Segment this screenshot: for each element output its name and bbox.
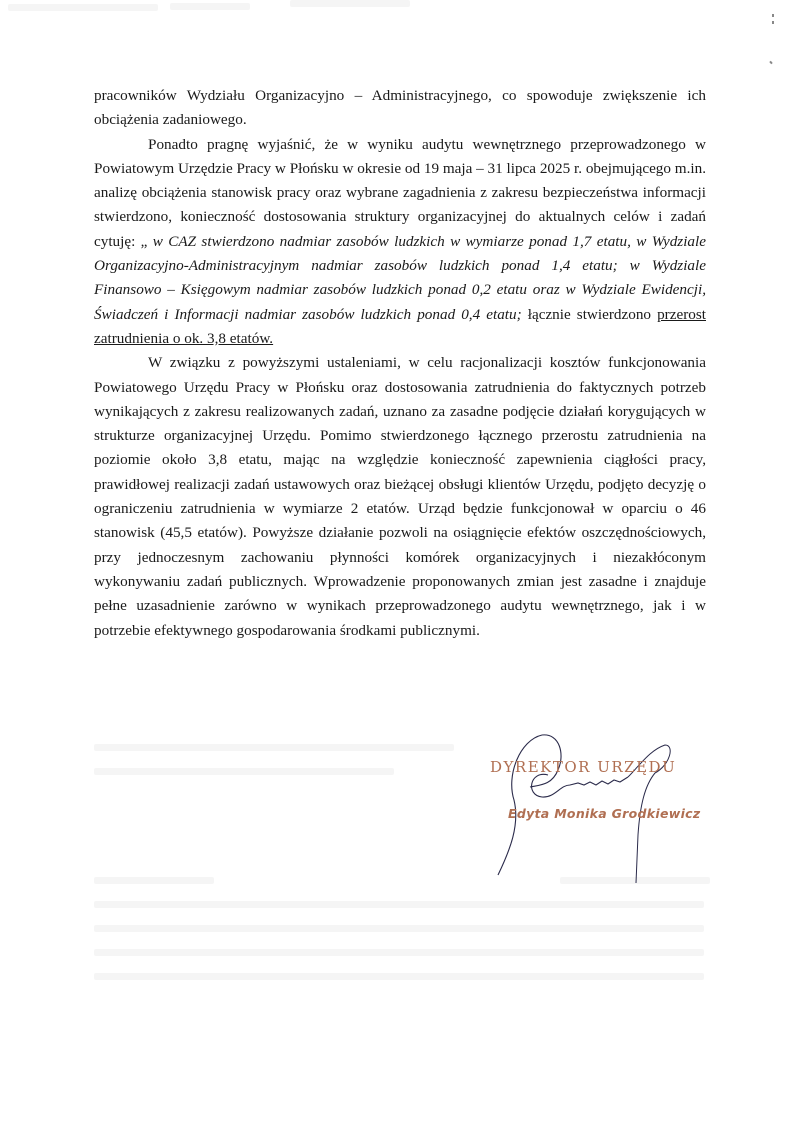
stamp-title: DYREKTOR URZĘDU: [490, 758, 676, 776]
scan-mark: [772, 14, 774, 17]
paragraph-audit: Ponadto pragnę wyjaśnić, że w wyniku aud…: [94, 133, 706, 352]
scan-mark: [769, 61, 772, 65]
paragraph-continuation: pracowników Wydziału Organizacyjno – Adm…: [94, 84, 706, 133]
paragraph-audit-mid: łącznie stwierdzono: [522, 306, 657, 323]
paragraph-decision: W związku z powyższymi ustaleniami, w ce…: [94, 351, 706, 643]
scan-mark: [772, 21, 774, 24]
letter-body: pracowników Wydziału Organizacyjno – Adm…: [94, 84, 706, 643]
stamp-name: Edyta Monika Grodkiewicz: [508, 806, 700, 821]
handwritten-signature: [470, 725, 700, 885]
